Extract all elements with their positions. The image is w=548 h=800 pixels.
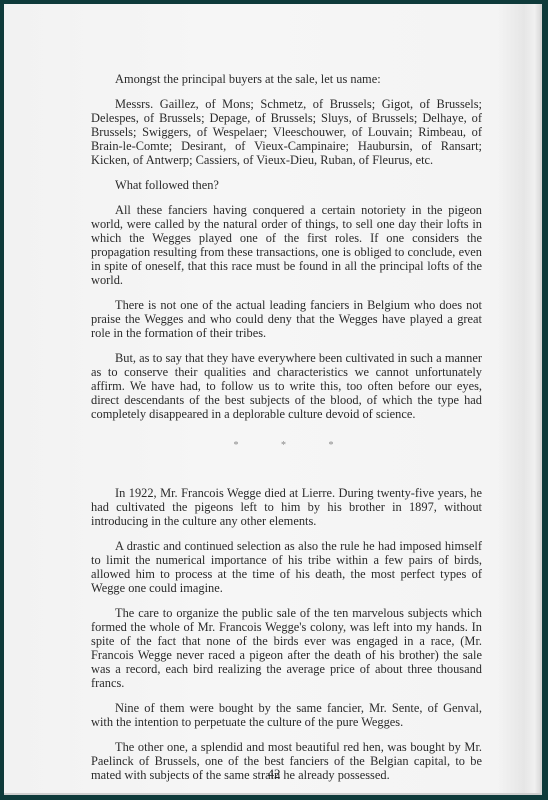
paragraph: In 1922, Mr. Francois Wegge died at Lier… (91, 486, 482, 528)
paragraph: Messrs. Gaillez, of Mons; Schmetz, of Br… (91, 97, 482, 167)
paragraph: All these fanciers having conquered a ce… (91, 203, 482, 287)
paragraph: Amongst the principal buyers at the sale… (91, 72, 482, 86)
paragraph: A drastic and continued selection as als… (91, 539, 482, 595)
page-number: 42 (0, 766, 548, 782)
page-body: Amongst the principal buyers at the sale… (91, 72, 482, 793)
paragraph: Nine of them were bought by the same fan… (91, 701, 482, 729)
paragraph: There is not one of the actual leading f… (91, 298, 482, 340)
paragraph: The care to organize the public sale of … (91, 606, 482, 690)
paragraph: What followed then? (91, 178, 482, 192)
paragraph: But, as to say that they have everywhere… (91, 351, 482, 421)
scanned-page: Amongst the principal buyers at the sale… (4, 4, 542, 795)
section-break: * * * (105, 439, 482, 453)
